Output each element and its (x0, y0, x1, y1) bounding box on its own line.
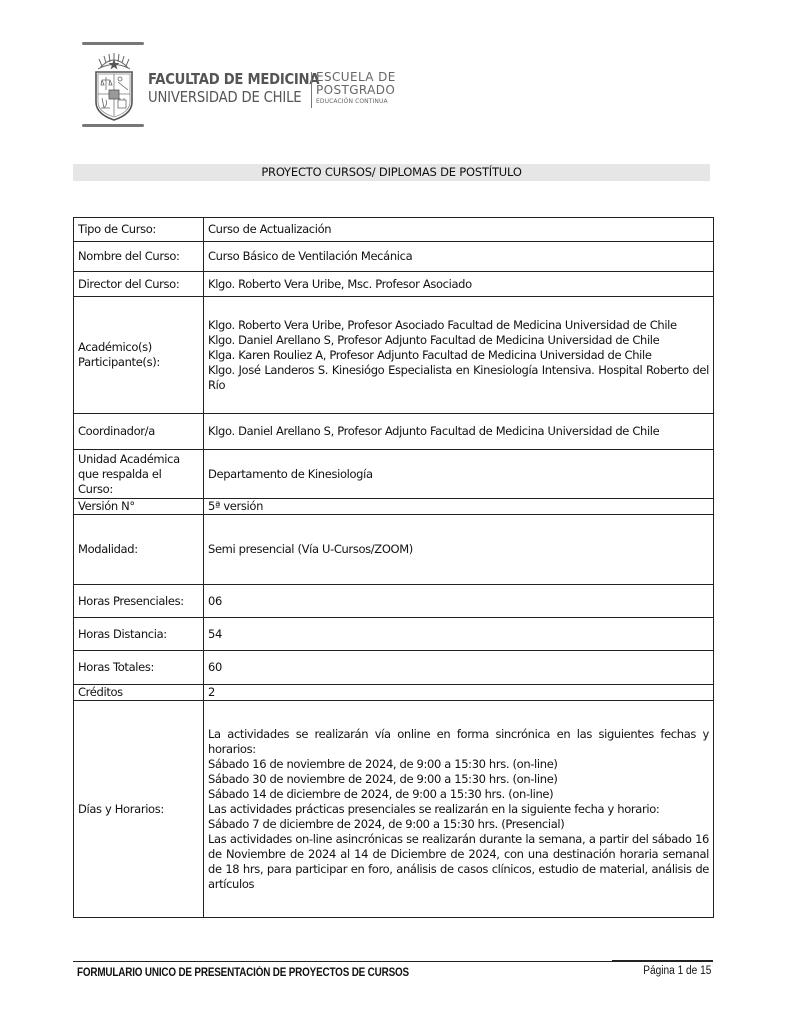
footer-rule-accent (612, 960, 713, 962)
row-label: Modalidad: (74, 515, 204, 585)
table-row-creditos: Créditos 2 (74, 685, 714, 701)
table-row-academicos: Académico(s) Participante(s): Klgo. Robe… (74, 297, 714, 414)
table-row-unidad: Unidad Académica que respalda el Curso: … (74, 450, 714, 499)
document-title: PROYECTO CURSOS/ DIPLOMAS DE POSTÍTULO (73, 164, 710, 181)
school-line-2: POSTGRADO (316, 84, 396, 97)
schedule-paragraph: Las actividades prácticas presenciales s… (208, 802, 709, 817)
row-label: Nombre del Curso: (74, 242, 204, 272)
table-row-horas-totales: Horas Totales: 60 (74, 651, 714, 685)
row-value: 5ª versión (204, 499, 714, 515)
table-row-tipo-curso: Tipo de Curso: Curso de Actualización (74, 218, 714, 242)
row-value: 2 (204, 685, 714, 701)
school-line-3: EDUCACIÓN CONTINUA (316, 97, 396, 106)
row-value-list: Klgo. Roberto Vera Uribe, Profesor Asoci… (204, 297, 714, 414)
academic-item: Klgo. Roberto Vera Uribe, Profesor Asoci… (208, 318, 709, 333)
row-label: Horas Distancia: (74, 618, 204, 651)
logo-rule-bottom (82, 124, 144, 127)
schedule-paragraph: Sábado 30 de noviembre de 2024, de 9:00 … (208, 772, 709, 787)
schedule-paragraph: La actividades se realizarán vía online … (208, 727, 709, 757)
academic-item: Klga. Karen Rouliez A, Profesor Adjunto … (208, 348, 709, 363)
row-label: Créditos (74, 685, 204, 701)
row-label: Versión N° (74, 499, 204, 515)
row-value: Klgo. Roberto Vera Uribe, Msc. Profesor … (204, 272, 714, 297)
schedule-paragraph: Sábado 7 de diciembre de 2024, de 9:00 a… (208, 817, 709, 832)
university-name: UNIVERSIDAD DE CHILE (148, 88, 319, 106)
table-row-horas-presenciales: Horas Presenciales: 06 (74, 585, 714, 618)
schedule-paragraph: Las actividades on-line asincrónicas se … (208, 832, 709, 892)
row-value: 54 (204, 618, 714, 651)
table-row-version: Versión N° 5ª versión (74, 499, 714, 515)
table-row-dias-horarios: Días y Horarios: La actividades se reali… (74, 701, 714, 918)
schedule-paragraph: Sábado 14 de diciembre de 2024, de 9:00 … (208, 787, 709, 802)
academic-item: Klgo. Daniel Arellano S, Profesor Adjunt… (208, 333, 709, 348)
row-value: Curso de Actualización (204, 218, 714, 242)
logo-divider (311, 72, 312, 108)
row-label: Horas Totales: (74, 651, 204, 685)
table-row-modalidad: Modalidad: Semi presencial (Vía U-Cursos… (74, 515, 714, 585)
row-value: Klgo. Daniel Arellano S, Profesor Adjunt… (204, 414, 714, 450)
row-label: Tipo de Curso: (74, 218, 204, 242)
schedule-text: La actividades se realizarán vía online … (204, 701, 714, 918)
row-label: Unidad Académica que respalda el Curso: (74, 450, 204, 499)
footer-form-name: FORMULARIO UNICO DE PRESENTACIÓN DE PROY… (77, 967, 409, 979)
row-label: Días y Horarios: (74, 701, 204, 918)
row-value: Semi presencial (Vía U-Cursos/ZOOM) (204, 515, 714, 585)
row-value: Curso Básico de Ventilación Mecánica (204, 242, 714, 272)
logo-rule-top (82, 42, 144, 45)
academic-item: Klgo. José Landeros S. Kinesiógo Especia… (208, 363, 709, 393)
table-row-director: Director del Curso: Klgo. Roberto Vera U… (74, 272, 714, 297)
row-value: 06 (204, 585, 714, 618)
row-label: Director del Curso: (74, 272, 204, 297)
table-row-nombre-curso: Nombre del Curso: Curso Básico de Ventil… (74, 242, 714, 272)
table-row-horas-distancia: Horas Distancia: 54 (74, 618, 714, 651)
row-label: Académico(s) Participante(s): (74, 297, 204, 414)
row-value: Departamento de Kinesiología (204, 450, 714, 499)
schedule-paragraph: Sábado 16 de noviembre de 2024, de 9:00 … (208, 757, 709, 772)
row-label: Coordinador/a (74, 414, 204, 450)
table-row-coordinador: Coordinador/a Klgo. Daniel Arellano S, P… (74, 414, 714, 450)
faculty-logo: FACULTAD DE MEDICINA UNIVERSIDAD DE CHIL… (82, 42, 402, 128)
university-crest-icon (92, 50, 136, 122)
row-label: Horas Presenciales: (74, 585, 204, 618)
page-indicator: Página 1 de 15 (643, 965, 711, 977)
row-value: 60 (204, 651, 714, 685)
course-info-table: Tipo de Curso: Curso de Actualización No… (73, 217, 714, 918)
faculty-name: FACULTAD DE MEDICINA (148, 70, 319, 88)
